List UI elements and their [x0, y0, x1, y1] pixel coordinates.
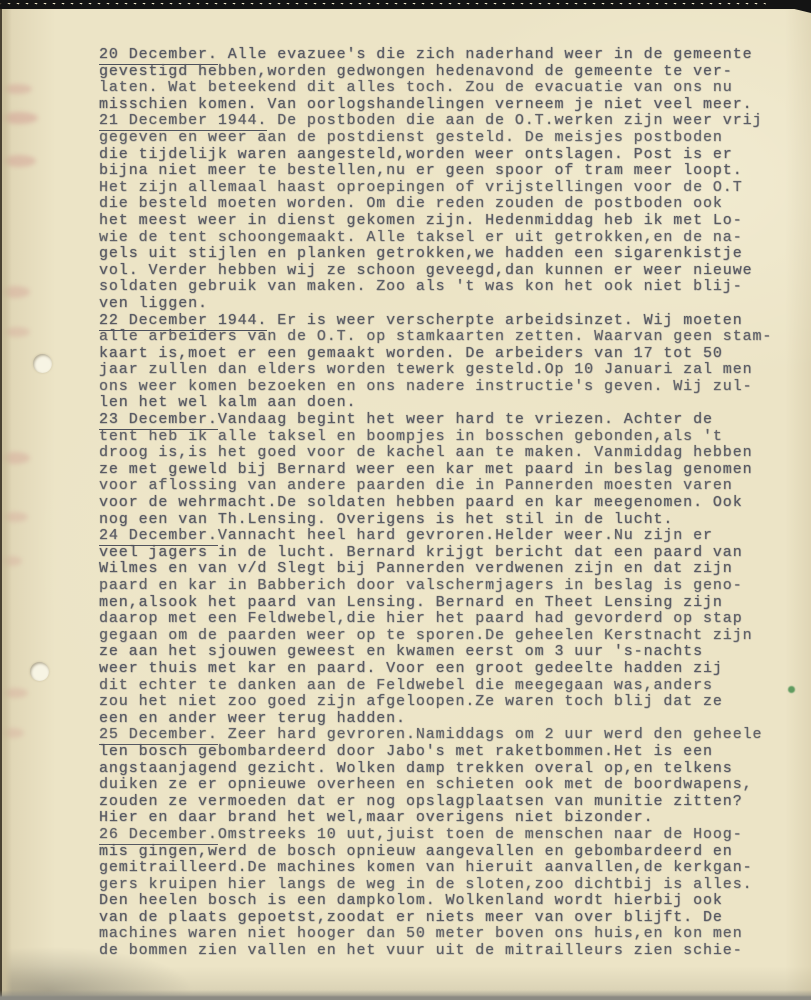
- entry-text: De postboden die aan de O.T.werken zijn …: [267, 112, 762, 129]
- text-line: wie de tent schoongemaakt. Alle taksel e…: [99, 230, 804, 247]
- punch-hole-bottom: [30, 662, 49, 681]
- entry-text: Alle evazuee's die zich naderhand weer i…: [218, 46, 753, 63]
- scan-edge-left: [0, 0, 12, 1000]
- text-line: 22 December 1944. Er is weer verscherpte…: [99, 313, 804, 330]
- scan-edge-bottom: [0, 990, 811, 1000]
- text-line: zouden ze vermoeden dat er nog opslagpla…: [99, 794, 804, 811]
- text-line: vol. Verder hebben wij ze schoon geveegd…: [99, 263, 804, 280]
- text-line: mis gingen,werd de bosch opnieuw aangeva…: [99, 844, 804, 861]
- text-line: veel jagers in de lucht. Bernard krijgt …: [99, 545, 804, 562]
- text-line: men,alsook het paard van Lensing. Bernar…: [99, 595, 804, 612]
- text-line: daarop met een Feldwebel,die hier het pa…: [99, 611, 804, 628]
- text-line: 24 December.Vannacht heel hard gevroren.…: [99, 528, 804, 545]
- text-line: alle arbeiders van de O.T. op stamkaarte…: [99, 329, 804, 346]
- text-line: gegaan om de paarden weer op te sporen.D…: [99, 628, 804, 645]
- text-line: misschien komen. Van oorlogshandelingen …: [99, 97, 804, 114]
- text-line: ven liggen.: [99, 296, 804, 313]
- text-line: nog een van Th.Lensing. Overigens is het…: [99, 512, 804, 529]
- scanned-diary-page: 20 December. Alle evazuee's die zich nad…: [0, 0, 811, 1000]
- text-line: 26 December.Omstreeks 10 uut,juist toen …: [99, 827, 804, 844]
- text-line: die besteld moeten worden. Om die reden …: [99, 196, 804, 213]
- text-line: kaart is,moet er een gemaakt worden. De …: [99, 346, 804, 363]
- torn-perforation-edge: [0, 0, 811, 12]
- text-line: gevestigd hebben,worden gedwongen hedena…: [99, 64, 804, 81]
- diary-entries: 20 December. Alle evazuee's die zich nad…: [99, 47, 804, 960]
- text-line: gels uit stijlen en planken getrokken,we…: [99, 246, 804, 263]
- text-line: Wilmes en van v/d Slegt bij Pannerden ve…: [99, 561, 804, 578]
- text-line: machines waren niet hooger dan 50 meter …: [99, 926, 804, 943]
- text-line: ze met geweld bij Bernard weer een kar m…: [99, 462, 804, 479]
- text-line: droog is,is het goed voor de kachel aan …: [99, 445, 804, 462]
- text-line: gers kruipen hier langs de weg in de slo…: [99, 877, 804, 894]
- entry-date: 26 December.: [99, 826, 218, 845]
- text-line: angstaanjagend gezicht. Wolken damp trek…: [99, 761, 804, 778]
- text-line: soldaten gebruik van maken. Zoo als 't w…: [99, 279, 804, 296]
- entry-text: Zeer hard gevroren.Namiddags om 2 uur we…: [218, 726, 763, 743]
- text-line: Den heelen bosch is een dampkolom. Wolke…: [99, 893, 804, 910]
- text-line: ons weer komen bezoeken en ons nadere in…: [99, 379, 804, 396]
- text-line: 23 December.Vandaag begint het weer hard…: [99, 412, 804, 429]
- punch-hole-top: [33, 354, 52, 373]
- green-speck: [788, 686, 795, 693]
- entry-text: Er is weer verscherpte arbeidsinzet. Wij…: [267, 312, 742, 329]
- text-line: len het wel kalm aan doen.: [99, 395, 804, 412]
- text-line: len bosch gebombardeerd door Jabo's met …: [99, 744, 804, 761]
- text-line: laten. Wat beteekend dit alles toch. Zou…: [99, 80, 804, 97]
- text-line: ze aan het sjouwen geweest en kwamen eer…: [99, 644, 804, 661]
- text-line: weer thuis met kar en paard. Voor een gr…: [99, 661, 804, 678]
- text-line: Hier en daar brand het wel,maar overigen…: [99, 810, 804, 827]
- text-line: paard en kar in Babberich door valscherm…: [99, 578, 804, 595]
- entry-text: Vandaag begint het weer hard te vriezen.…: [218, 411, 713, 428]
- text-line: gegeven en weer aan de postdienst gestel…: [99, 130, 804, 147]
- entry-date: 25 December.: [99, 726, 218, 745]
- text-line: gemitrailleerd.De machines komen van hie…: [99, 860, 804, 877]
- entry-text: Omstreeks 10 uut,juist toen de menschen …: [218, 826, 743, 843]
- text-line: duiken ze er opnieuwe overheen en schiet…: [99, 777, 804, 794]
- text-line: jaar zullen dan elders worden tewerk ges…: [99, 362, 804, 379]
- text-line: dit echter te danken aan de Feldwebel di…: [99, 678, 804, 695]
- text-line: die tijdelijk waren aangesteld,worden we…: [99, 147, 804, 164]
- text-line: 20 December. Alle evazuee's die zich nad…: [99, 47, 804, 64]
- text-line: voor aflossing van andere paarden die in…: [99, 478, 804, 495]
- text-line: van de plaats gepoetst,zoodat er niets m…: [99, 910, 804, 927]
- text-line: tent heb ik alle taksel en boompjes in b…: [99, 429, 804, 446]
- entry-text: Vannacht heel hard gevroren.Helder weer.…: [218, 527, 713, 544]
- text-line: zou het niet zoo goed zijn afgeloopen.Ze…: [99, 694, 804, 711]
- text-line: de bommen zien vallen en het vuur uit de…: [99, 943, 804, 960]
- entry-date: 24 December.: [99, 527, 218, 546]
- text-line: het meest weer in dienst gekomen zijn. H…: [99, 213, 804, 230]
- text-line: voor de wehrmacht.De soldaten hebben paa…: [99, 495, 804, 512]
- text-line: 21 December 1944. De postboden die aan d…: [99, 113, 804, 130]
- text-line: 25 December. Zeer hard gevroren.Namiddag…: [99, 727, 804, 744]
- text-line: een en ander weer terug hadden.: [99, 711, 804, 728]
- text-line: Het zijn allemaal haast oproepingen of v…: [99, 180, 804, 197]
- text-line: bijna niet meer te bestellen,nu er geen …: [99, 163, 804, 180]
